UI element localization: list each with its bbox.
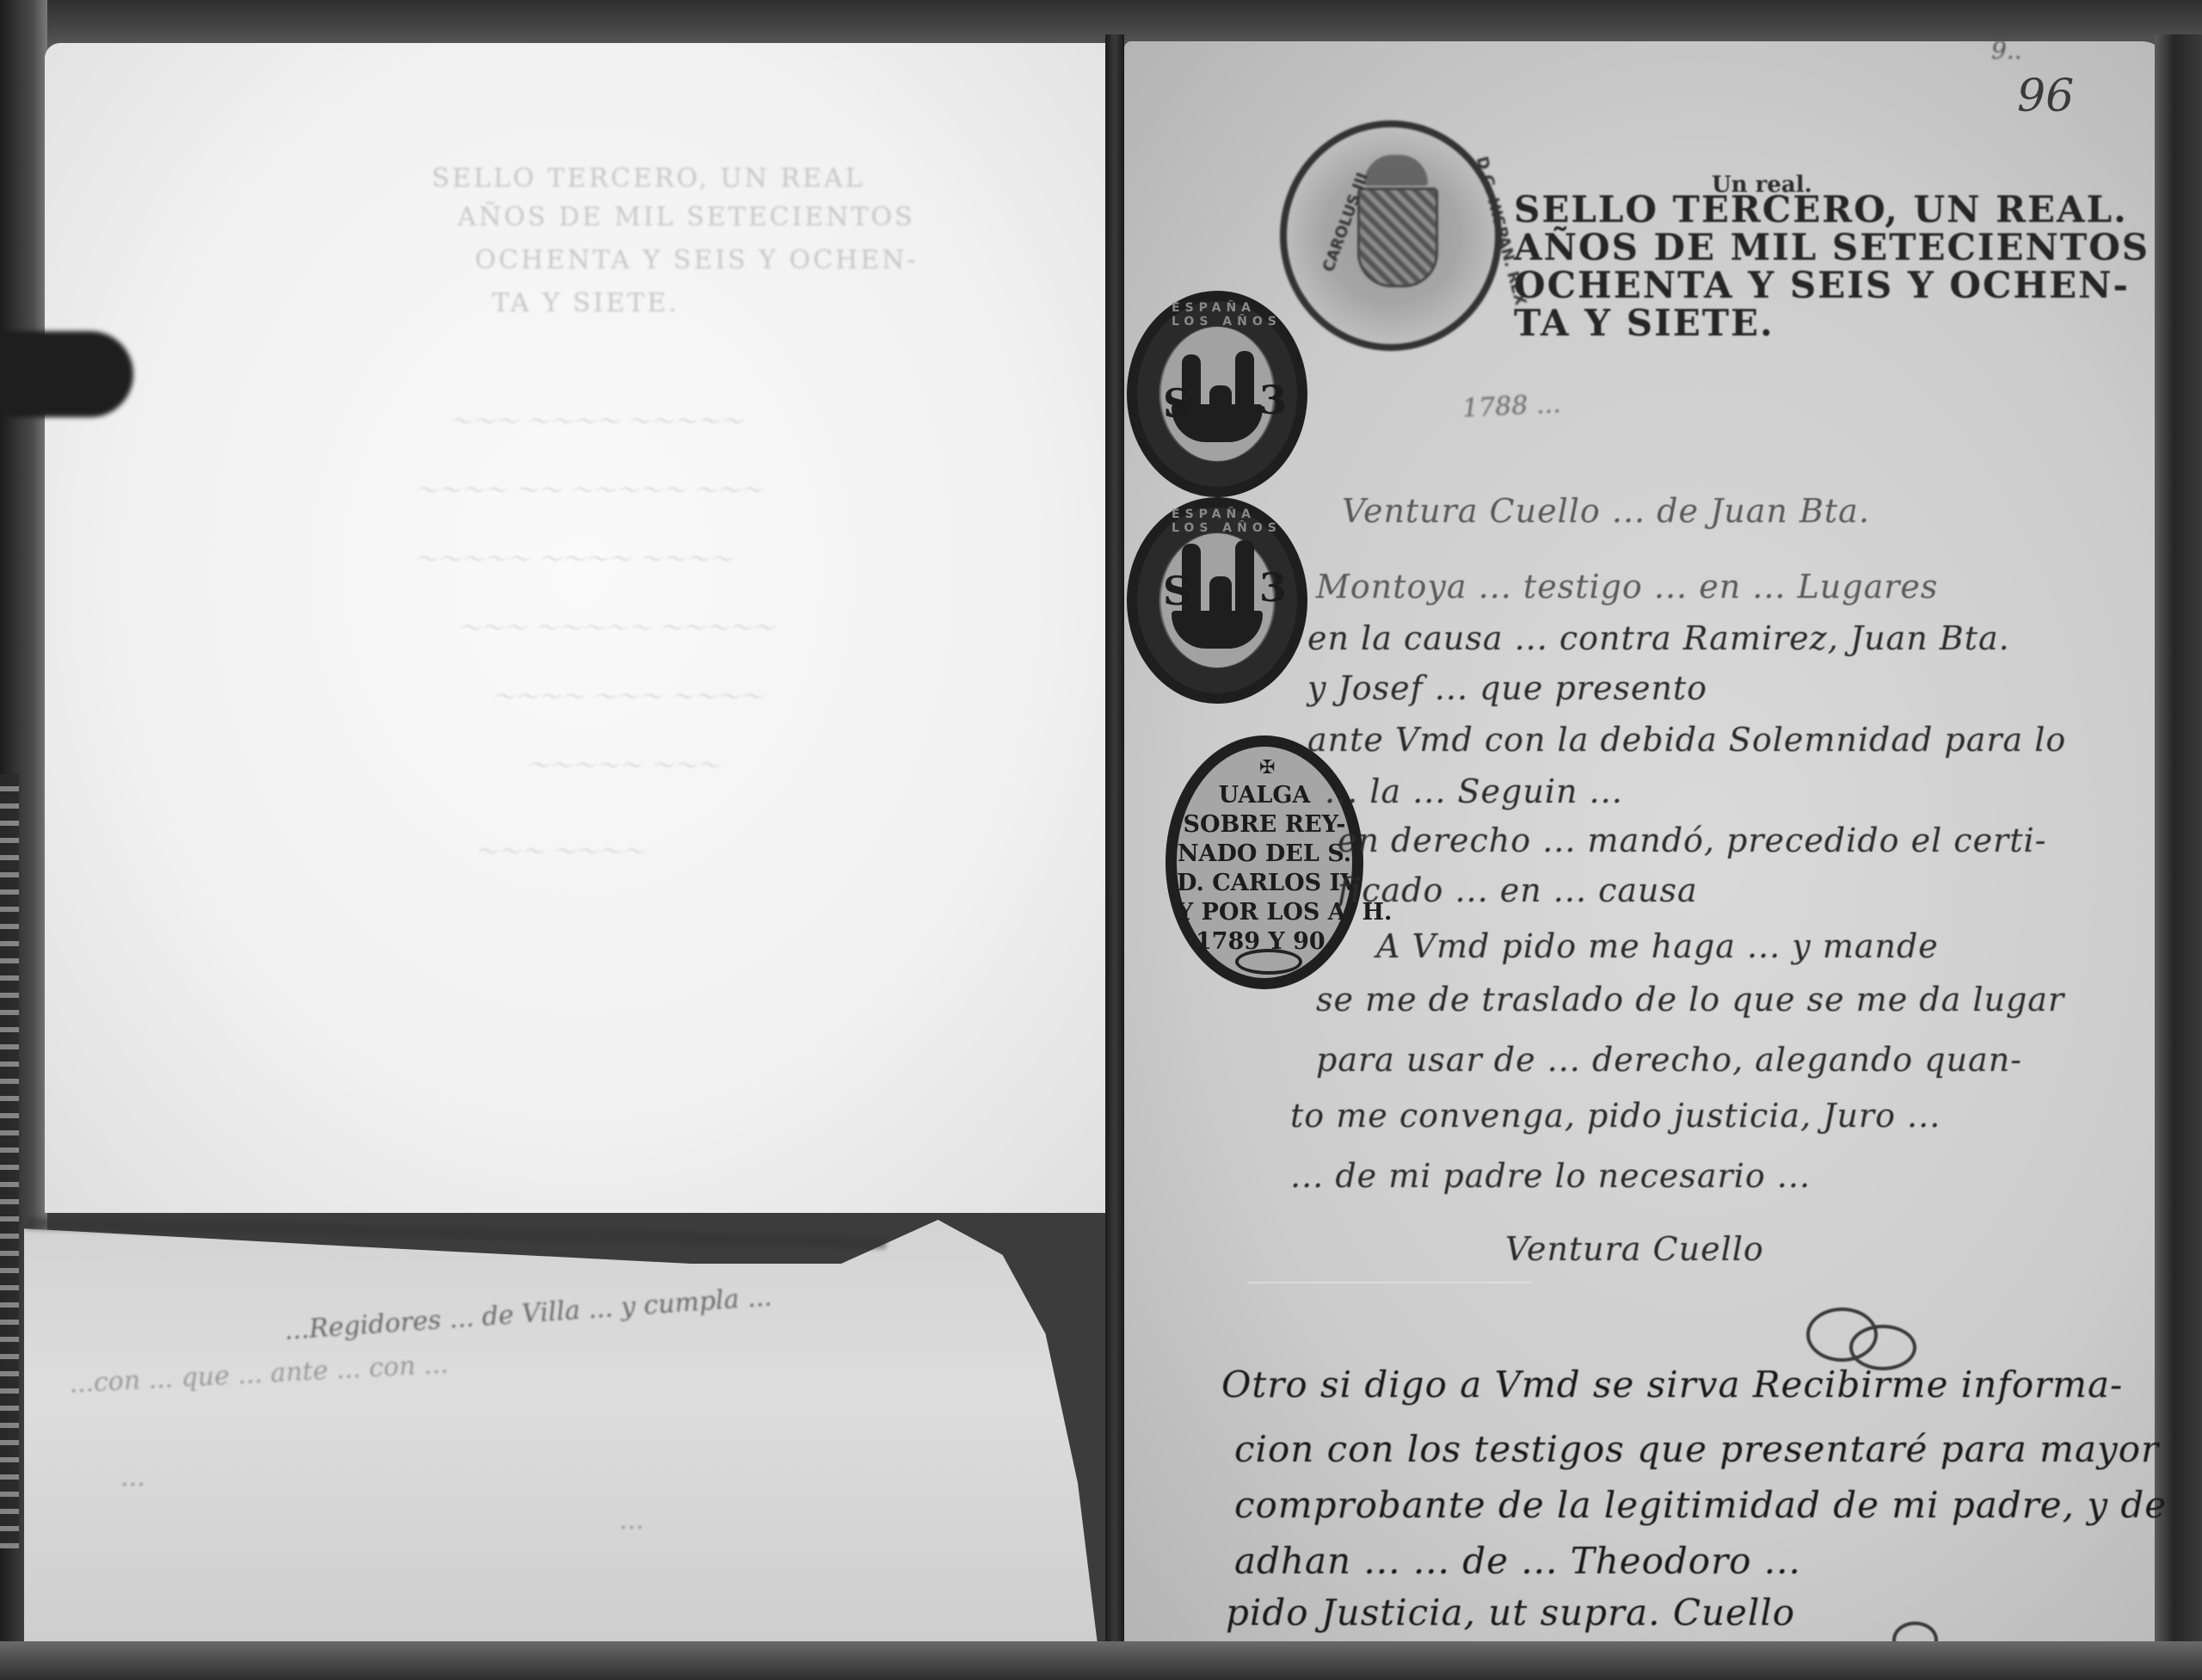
manuscript-line: para usar de ... derecho, alegando quan- xyxy=(1316,1041,2022,1079)
valga-line: SOBRE REY- xyxy=(1177,810,1352,840)
paper-fragment xyxy=(24,1220,1099,1658)
fragment-line: ... xyxy=(619,1505,644,1535)
coat-of-arms-icon xyxy=(1357,188,1438,287)
scan-frame-bottom xyxy=(0,1641,2202,1680)
manuscript-line: ... de mi padre lo necesario ... xyxy=(1290,1157,1811,1195)
otrosi-line: cion con los testigos que presentaré par… xyxy=(1234,1428,2159,1470)
header-line: SELLO TERCERO, UN REAL. xyxy=(1514,191,2099,229)
bleed-script: ～～～～～ ～～～ xyxy=(526,748,720,780)
bleed-script: ～～～～ ～～～ ～～～～ xyxy=(492,680,764,711)
printed-stamp-header: SELLO TERCERO, UN REAL. AÑOS DE MIL SETE… xyxy=(1514,191,2099,342)
manuscript-line: y Josef ... que presento xyxy=(1307,669,1707,707)
valga-line: D. CARLOS IV. xyxy=(1177,869,1352,898)
left-page-verso: SELLO TERCERO, UN REAL AÑOS DE MIL SETEC… xyxy=(45,43,1120,1213)
thumb-shadow xyxy=(0,331,133,417)
paper-crease xyxy=(1247,1282,1531,1283)
folio-number: 96 xyxy=(2017,71,2074,122)
header-line: AÑOS DE MIL SETECIENTOS xyxy=(1514,229,2099,267)
tower-icon xyxy=(1235,540,1254,621)
manuscript-line: to me convenga, pido justicia, Juro ... xyxy=(1290,1097,1941,1135)
manuscript-line: Ventura Cuello ... de Juan Bta. xyxy=(1342,492,1870,530)
seal-letter: S xyxy=(1163,568,1191,614)
manuscript-line: en la causa ... contra Ramirez, Juan Bta… xyxy=(1307,619,2010,657)
margin-note: 1788 ... xyxy=(1461,389,1561,424)
bleed-script: ～～～ ～～～～～ ～～～～～ xyxy=(458,611,776,643)
flourish-icon xyxy=(1235,949,1302,975)
manuscript-line: Montoya ... testigo ... en ... Lugares xyxy=(1316,568,1938,606)
bleed-line: SELLO TERCERO, UN REAL xyxy=(432,163,864,194)
otrosi-line: Otro si digo a Vmd se sirva Recibirme in… xyxy=(1221,1363,2123,1406)
fragment-line: ... xyxy=(120,1462,145,1492)
bleed-line: AÑOS DE MIL SETECIENTOS xyxy=(458,202,915,232)
bleed-script: ～～～ ～～～～ ～～～～～ xyxy=(449,404,744,436)
seal-rim-text: ESPAÑA LOS AÑOS xyxy=(1172,301,1297,329)
otrosi-line: comprobante de la legitimidad de mi padr… xyxy=(1234,1484,2167,1526)
book-spine xyxy=(1105,34,1124,1660)
manuscript-line: ficado ... en ... causa xyxy=(1338,871,1698,909)
valga-line: Y POR LOS A. H. xyxy=(1177,898,1352,927)
royal-seal-stamp: CAROLUS III D.G. HISPAN. REX xyxy=(1280,120,1502,351)
bleed-script: ～～～～～ ～～～～ ～～～～ xyxy=(415,542,733,574)
manuscript-line: en derecho ... mandó, precedido el certi… xyxy=(1338,822,2047,859)
manuscript-line: ante Vmd con la debida Solemnidad para l… xyxy=(1307,721,2066,759)
valga-line: NADO DEL S. xyxy=(1177,840,1352,869)
otrosi-line: pido Justicia, ut supra. Cuello xyxy=(1226,1591,1795,1634)
bleed-script: ～～～ ～～～～ xyxy=(475,834,645,866)
bleed-line: OCHENTA Y SEIS Y OCHEN- xyxy=(475,245,919,275)
seal-number: 3 xyxy=(1259,377,1287,423)
seal-number: 3 xyxy=(1259,564,1287,611)
manuscript-line: ... la ... Seguin ... xyxy=(1325,772,1623,810)
header-line: OCHENTA Y SEIS Y OCHEN- xyxy=(1514,267,2099,305)
otrosi-line: adhan ... ... de ... Theodoro ... xyxy=(1234,1540,1801,1582)
crown-icon xyxy=(1209,576,1232,614)
header-line: TA Y SIETE. xyxy=(1514,305,2099,342)
castle-seal-stamp: S 3 ESPAÑA LOS AÑOS xyxy=(1127,497,1307,704)
cross-icon: ✠ xyxy=(1259,757,1275,778)
manuscript-line: A Vmd pido me haga ... y mande xyxy=(1376,927,1939,965)
castle-seal-stamp: S 3 ESPAÑA LOS AÑOS xyxy=(1127,291,1307,497)
manuscript-line: se me de traslado de lo que se me da lug… xyxy=(1316,981,2064,1018)
bleed-script: ～～～～ ～～ ～～～～～ ～～～ xyxy=(415,473,764,505)
seal-letter: S xyxy=(1163,380,1191,427)
seal-rim-text: ESPAÑA LOS AÑOS xyxy=(1172,508,1297,535)
crown-icon xyxy=(1364,155,1428,186)
folio-top-mark: 9.. xyxy=(1991,36,2022,65)
signature: Ventura Cuello xyxy=(1505,1230,1764,1268)
book-edge-right xyxy=(2155,34,2202,1680)
bleed-line: TA Y SIETE. xyxy=(492,288,680,318)
scale-ruler xyxy=(0,774,19,1548)
